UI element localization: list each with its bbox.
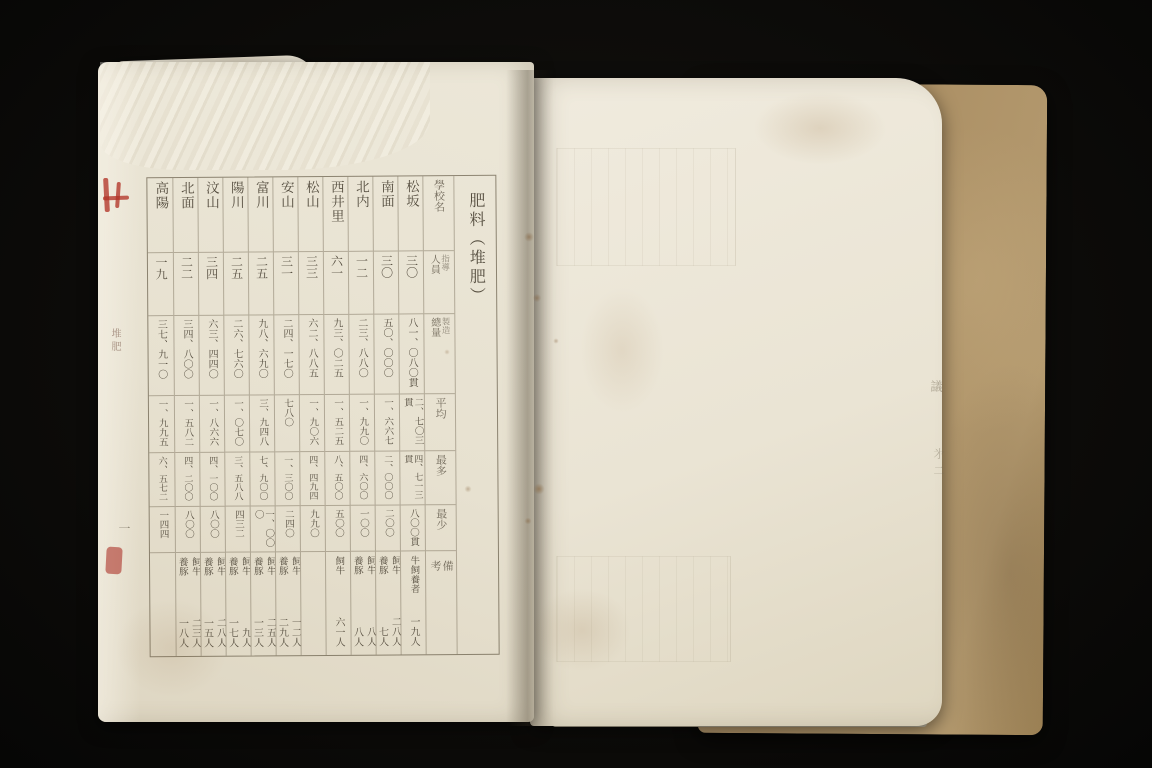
binding-margin: [98, 62, 140, 722]
red-seal-mark: [105, 547, 122, 575]
remarks-value: 一五人: [201, 618, 212, 648]
remarks-strip-right: 飼牛一二人: [289, 557, 301, 648]
staff-count-cell: 二五: [249, 251, 273, 315]
table-column-8: 陽川二五二六、七六〇一、〇七〇三、五八八四三二飼牛九人養豚一七人: [222, 178, 250, 656]
maximum-cell: 二、〇〇〇: [375, 450, 399, 504]
school-name-cell: 安山: [273, 177, 298, 251]
remarks-label: 飼牛: [333, 556, 344, 575]
remarks-cell: [150, 552, 176, 656]
staff-count-cell-text: 二五: [254, 255, 267, 279]
header-guidance-staff: 指導 人員: [424, 250, 454, 314]
staff-count-cell-text: 三〇: [404, 254, 417, 278]
school-name-cell: 富川: [248, 177, 273, 251]
bleed-through-grid: [556, 148, 736, 266]
minimum-cell: 九九〇: [301, 505, 325, 552]
table-column-3: 北内一二二三、八八〇一、九九〇四、六〇〇一〇〇飼牛八人養豚八人: [347, 177, 375, 655]
school-name-cell-text: 北面: [178, 181, 193, 210]
table-column-11: 高陽一九三七、九一〇一、九九五六、五七二一四四: [147, 178, 175, 656]
remarks-value: 七人: [376, 627, 387, 647]
remarks-label: 養豚: [251, 557, 262, 576]
school-name-cell-text: 汶山: [203, 181, 218, 210]
maximum-cell-text: 一、三〇〇: [282, 455, 292, 500]
remarks-label: 飼牛: [189, 557, 200, 576]
remarks-cell: [301, 551, 326, 655]
school-name-cell-text: 安山: [278, 180, 293, 209]
remarks-strip-right: 飼牛二八人: [389, 556, 401, 647]
remarks-strip-left: 養豚二九人: [276, 557, 288, 648]
school-name-cell: 南面: [373, 176, 398, 250]
average-cell: 一、八六六: [200, 395, 224, 452]
remarks-label: 飼牛: [364, 556, 375, 575]
school-name-cell: 北内: [348, 177, 373, 251]
minimum-cell-text: 四三二: [232, 509, 243, 538]
staff-count-cell: 三〇: [399, 250, 423, 314]
minimum-cell: 一、〇〇〇: [251, 505, 275, 552]
header-staff-ruby: 指導: [440, 254, 449, 274]
total-quantity-cell: 三七、九一〇: [148, 315, 174, 395]
remarks-value: 六一人: [333, 617, 344, 647]
header-maximum: 最多: [425, 450, 455, 504]
minimum-cell: 四三二: [226, 505, 250, 552]
average-cell-text: 一、五二五: [332, 398, 343, 446]
right-edge-faint-text: 㐧二: [930, 448, 946, 482]
minimum-cell: 五〇〇: [326, 504, 350, 551]
school-name-cell-text: 松坂: [403, 179, 418, 208]
remarks-strip-right: 飼牛二三人: [189, 557, 201, 648]
remarks-value: 一七人: [226, 618, 237, 648]
page-title: 肥料（堆肥）: [454, 176, 498, 654]
remarks-value: 八人: [351, 627, 362, 647]
minimum-cell-text: 一〇〇: [357, 508, 368, 537]
minimum-cell: 八〇〇: [201, 505, 225, 552]
average-cell: 一、九九五: [149, 395, 174, 452]
remarks-value: 二八人: [214, 618, 225, 648]
remarks-label: 養豚: [351, 556, 362, 575]
minimum-cell-text: 九九〇: [307, 509, 318, 538]
maximum-cell-text: 八、五〇〇: [332, 455, 342, 500]
staff-count-cell-text: 三三: [304, 255, 317, 279]
school-name-cell-text: 富川: [253, 180, 268, 209]
average-cell-text: 七八〇: [282, 398, 293, 427]
staff-count-cell-text: 三〇: [379, 254, 392, 278]
maximum-cell-text: 六、五七二: [157, 456, 167, 501]
remarks-value: 二九人: [276, 617, 287, 647]
remarks-cell: 飼牛二八人養豚七人: [376, 551, 401, 655]
maximum-cell-text: 四、七一三貫: [402, 454, 422, 504]
maximum-cell-text: 四、一〇〇: [207, 456, 217, 501]
staff-count-cell: 二二: [174, 252, 198, 316]
header-minimum: 最少: [426, 504, 456, 551]
minimum-cell: 二四〇: [276, 505, 300, 552]
average-cell: 一、九九〇: [350, 394, 374, 451]
remarks-cell: 飼牛一二人養豚二九人: [276, 552, 301, 656]
total-quantity-cell: 二六、七六〇: [224, 315, 249, 395]
book-gutter-shadow: [506, 70, 554, 726]
remarks-value: 一二人: [289, 617, 300, 647]
remarks-strip-right: 飼牛二五人: [264, 557, 276, 648]
table-column-6: 安山三一二四、一七〇七八〇一、三〇〇二四〇飼牛一二人養豚二九人: [272, 177, 300, 655]
total-quantity-cell: 八一、〇八〇貫: [399, 314, 424, 394]
total-quantity-cell-text: 二六、七六〇: [231, 319, 242, 379]
school-name-cell-text: 北内: [353, 180, 368, 209]
table-column-1: 松坂三〇八一、〇八〇貫二、七〇三貫四、七一三貫八〇〇貫牛飼養者一九人: [397, 176, 425, 654]
staff-count-cell-text: 六一: [329, 255, 342, 279]
total-quantity-cell: 三四、八〇〇: [174, 315, 199, 395]
school-name-cell: 汶山: [198, 178, 223, 252]
remarks-label: 養豚: [176, 557, 187, 576]
staff-count-cell: 一二: [349, 250, 373, 314]
average-cell: 七八〇: [275, 394, 299, 451]
staff-count-cell-text: 二二: [179, 256, 192, 280]
maximum-cell: 三、五八八: [225, 451, 249, 505]
maximum-cell-text: 四、二〇〇: [182, 456, 192, 501]
table-title-column: 肥料（堆肥）: [453, 176, 498, 654]
table-column-5: 松山三三六二、八八五一、九〇六四、四九四九九〇: [297, 177, 325, 655]
total-quantity-cell-text: 六二、八八五: [306, 318, 317, 378]
average-cell: 一、九〇六: [300, 394, 324, 451]
staff-count-cell: 三三: [299, 251, 323, 315]
remarks-label: 養豚: [376, 556, 387, 575]
average-cell-text: 三、九四八: [257, 398, 268, 446]
maximum-cell: 六、五七二: [149, 452, 174, 506]
average-cell-text: 一、六六七: [382, 398, 393, 446]
header-staff-main: 人員: [428, 254, 439, 274]
average-cell-text: 一、八六六: [207, 399, 218, 447]
header-school-name: 學校名: [423, 176, 454, 250]
school-name-cell: 松坂: [398, 176, 423, 250]
total-quantity-cell: 六二、八八五: [299, 314, 324, 394]
remarks-strip-left: 養豚一八人: [176, 557, 188, 648]
staff-count-cell-text: 一九: [154, 256, 167, 280]
total-quantity-cell: 九八、六九〇: [249, 315, 274, 395]
school-name-cell-text: 西井里: [328, 180, 343, 224]
school-name-cell-text: 高陽: [152, 181, 167, 210]
minimum-cell-text: 八〇〇貫: [407, 508, 418, 546]
total-quantity-cell: 六三、四四〇: [199, 315, 224, 395]
school-name-cell: 高陽: [147, 178, 173, 252]
remarks-cell: 飼牛二八人養豚一五人: [201, 552, 226, 656]
total-quantity-cell: 五〇、〇〇〇: [374, 314, 399, 394]
maximum-cell-text: 四、四九四: [307, 455, 317, 500]
maximum-cell: 四、一〇〇: [200, 452, 224, 506]
staff-count-cell-text: 三四: [204, 255, 217, 279]
table-column-4: 西井里六一九三、〇二五一、五二五八、五〇〇五〇〇飼牛六一人: [322, 177, 350, 655]
remarks-strip-left: 養豚八人: [351, 556, 363, 647]
remarks-strip-left: 養豚七人: [376, 556, 388, 647]
total-quantity-cell-text: 三七、九一〇: [155, 320, 166, 380]
wrinkled-paper-texture: [100, 62, 430, 170]
minimum-cell: 二〇〇: [376, 504, 400, 551]
remarks-strip-left: 養豚一三人: [251, 557, 263, 648]
fertilizer-compost-table: 肥料（堆肥） 學校名 指導 人員 製造 總量 平均: [146, 175, 499, 657]
average-cell-text: 一、〇七〇: [232, 399, 243, 447]
remarks-strip-right: 飼牛六一人: [332, 556, 344, 647]
remarks-value: 一八人: [176, 618, 187, 648]
remarks-cell: 飼牛九人養豚一七人: [226, 552, 251, 656]
remarks-value: 二八人: [389, 616, 400, 646]
average-cell-text: 一、九九〇: [357, 398, 368, 446]
total-quantity-cell-text: 九三、〇二五: [331, 318, 342, 378]
maximum-cell-text: 二、〇〇〇: [382, 454, 392, 499]
header-total: 總量: [429, 318, 440, 338]
staff-count-cell-text: 三一: [279, 255, 292, 279]
maximum-cell-text: 三、五八八: [232, 455, 242, 500]
remarks-strip-left: 養豚一七人: [226, 557, 238, 648]
remarks-label: 養豚: [226, 557, 237, 576]
remarks-value: 二三人: [189, 618, 200, 648]
total-quantity-cell: 二四、一七〇: [274, 315, 299, 395]
school-name-cell: 西井里: [323, 177, 348, 251]
remarks-label: 養豚: [276, 557, 287, 576]
total-quantity-cell-text: 六三、四四〇: [206, 319, 217, 379]
average-cell-text: 一、五八二: [182, 399, 193, 447]
left-page-number: 一: [116, 522, 133, 534]
remarks-label: 牛飼養者: [408, 556, 419, 594]
remarks-label: 飼牛: [239, 557, 250, 576]
total-quantity-cell-text: 八一、〇八〇貫: [406, 318, 417, 388]
remarks-value: 一三人: [251, 617, 262, 647]
school-name-cell: 北面: [173, 178, 198, 252]
remarks-strip-right: 飼牛八人: [364, 556, 376, 647]
remarks-cell: 牛飼養者一九人: [401, 551, 426, 655]
minimum-cell: 八〇〇: [176, 505, 200, 552]
remarks-strip-left: 養豚一五人: [201, 557, 213, 648]
average-cell: 三、九四八: [250, 394, 274, 451]
remarks-label: 飼牛: [389, 556, 400, 575]
school-name-cell-text: 陽川: [228, 181, 243, 210]
staff-count-cell: 一九: [148, 252, 173, 316]
table-header-column: 學校名 指導 人員 製造 總量 平均 最多 最少: [422, 176, 456, 654]
remarks-label: 飼牛: [264, 557, 275, 576]
average-cell: 一、六六七: [375, 394, 399, 451]
remarks-cell: 飼牛六一人: [326, 551, 351, 655]
total-quantity-cell: 二三、八八〇: [349, 314, 374, 394]
remarks-strip-right: 飼牛二八人: [214, 557, 226, 648]
staff-count-cell-text: 二五: [229, 255, 242, 279]
maximum-cell: 一、三〇〇: [275, 451, 299, 505]
staff-count-cell: 二五: [224, 251, 248, 315]
staff-count-cell-text: 一二: [354, 254, 367, 278]
average-cell: 一、五二五: [325, 394, 349, 451]
header-remarks: 備考: [426, 551, 457, 655]
minimum-cell-text: 一四四: [157, 510, 168, 539]
remarks-cell: 飼牛二五人養豚一三人: [251, 552, 276, 656]
remarks-cell: 飼牛八人養豚八人: [351, 551, 376, 655]
staff-count-cell: 六一: [324, 251, 348, 315]
school-name-cell-text: 南面: [378, 180, 393, 209]
minimum-cell-text: 一、〇〇〇: [252, 509, 273, 552]
remarks-value: 二五人: [264, 617, 275, 647]
remarks-value: 一九人: [408, 616, 419, 646]
maximum-cell: 四、六〇〇: [350, 450, 374, 504]
minimum-cell-text: 二〇〇: [382, 508, 393, 537]
remarks-strip-right: 飼牛九人: [239, 557, 251, 648]
maximum-cell-text: 七、九〇〇: [257, 455, 267, 500]
maximum-cell: 八、五〇〇: [325, 451, 349, 505]
header-average: 平均: [425, 393, 455, 450]
minimum-cell-text: 五〇〇: [332, 508, 343, 537]
bleed-through-grid: [556, 556, 731, 662]
average-cell: 一、五八二: [175, 395, 199, 452]
school-name-cell: 松山: [298, 177, 323, 251]
table-column-7: 富川二五九八、六九〇三、九四八七、九〇〇一、〇〇〇飼牛二五人養豚一三人: [247, 177, 275, 655]
average-cell-text: 一、九九五: [156, 399, 167, 447]
minimum-cell: 一〇〇: [351, 504, 375, 551]
staff-count-cell: 三一: [274, 251, 298, 315]
school-name-cell-text: 松山: [303, 180, 318, 209]
minimum-cell-text: 八〇〇: [182, 510, 193, 539]
remarks-label: 養豚: [201, 557, 212, 576]
header-production: 製造: [441, 318, 450, 338]
book-photo: 堆肥 一 議 㐧二 肥料（堆肥） 學校名 指導 人員 製造 總量: [0, 0, 1152, 768]
average-cell: 二、七〇三貫: [400, 393, 424, 450]
total-quantity-cell-text: 二四、一七〇: [281, 319, 292, 379]
average-cell-text: 一、九〇六: [307, 398, 318, 446]
total-quantity-cell-text: 五〇、〇〇〇: [381, 318, 392, 378]
average-cell: 一、〇七〇: [225, 395, 249, 452]
minimum-cell: 一四四: [150, 506, 175, 553]
average-cell-text: 二、七〇三貫: [401, 397, 422, 450]
remarks-strip-right: 牛飼養者一九人: [407, 556, 419, 647]
staff-count-cell: 三〇: [374, 250, 398, 314]
header-total-quantity: 製造 總量: [424, 314, 455, 394]
minimum-cell-text: 八〇〇: [207, 509, 218, 538]
staff-count-cell: 三四: [199, 251, 223, 315]
maximum-cell: 七、九〇〇: [250, 451, 274, 505]
remarks-cell: 飼牛二三人養豚一八人: [176, 552, 201, 656]
remarks-label: 飼牛: [214, 557, 225, 576]
total-quantity-cell-text: 三四、八〇〇: [181, 319, 192, 379]
school-name-cell: 陽川: [223, 178, 248, 252]
table-column-10: 北面二二三四、八〇〇一、五八二四、二〇〇八〇〇飼牛二三人養豚一八人: [172, 178, 200, 656]
maximum-cell: 四、四九四: [300, 451, 324, 505]
maximum-cell: 四、二〇〇: [175, 452, 199, 506]
minimum-cell-text: 二四〇: [282, 509, 293, 538]
total-quantity-cell-text: 二三、八八〇: [356, 318, 367, 378]
maximum-cell: 四、七一三貫: [400, 450, 424, 504]
total-quantity-cell-text: 九八、六九〇: [256, 319, 267, 379]
table-column-2: 南面三〇五〇、〇〇〇一、六六七二、〇〇〇二〇〇飼牛二八人養豚七人: [372, 176, 400, 654]
left-edge-tab-label: 堆肥: [107, 328, 122, 354]
maximum-cell-text: 四、六〇〇: [357, 455, 367, 500]
remarks-label: 飼牛: [289, 557, 300, 576]
total-quantity-cell: 九三、〇二五: [324, 314, 349, 394]
right-edge-faint-text: 議: [928, 380, 945, 402]
remarks-value: 九人: [239, 628, 250, 648]
minimum-cell: 八〇〇貫: [401, 504, 425, 551]
table-column-9: 汶山三四六三、四四〇一、八六六四、一〇〇八〇〇飼牛二八人養豚一五人: [197, 178, 225, 656]
remarks-value: 八人: [364, 627, 375, 647]
